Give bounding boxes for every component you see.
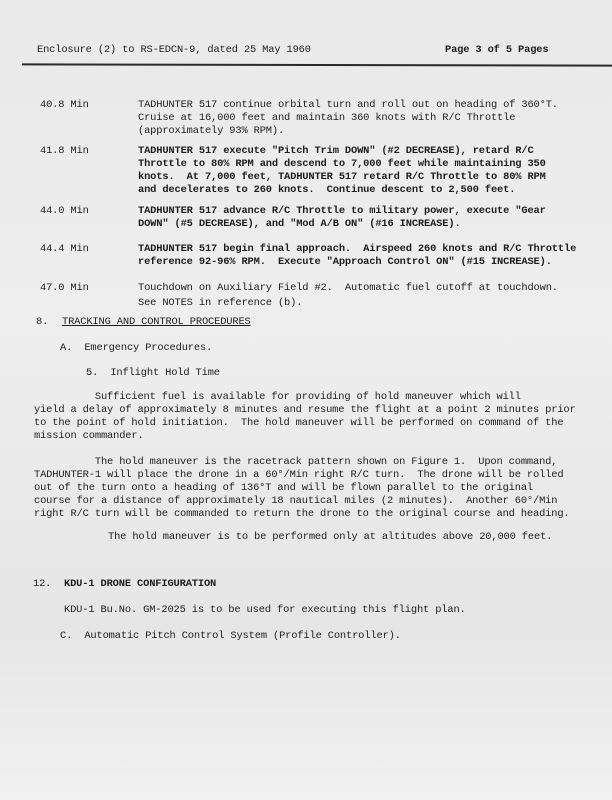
paragraph-line: TADHUNTER-1 will place the drone in a 60… (34, 469, 563, 482)
timeline-line: TADHUNTER 517 continue orbital turn and … (138, 99, 558, 112)
paragraph-line: right R/C turn will be commanded to retu… (34, 508, 570, 521)
paragraph-line: The hold maneuver is the racetrack patte… (34, 456, 557, 469)
subsection-heading: A. Emergency Procedures. (60, 342, 212, 355)
timeline-line: and decelerates to 260 knots. Continue d… (138, 184, 515, 197)
paragraph-line: course for a distance of approximately 1… (34, 495, 557, 508)
timeline-time: 47.0 Min (40, 282, 89, 295)
timeline-line: TADHUNTER 517 execute "Pitch Trim DOWN" … (138, 145, 534, 158)
timeline-time: 40.8 Min (40, 99, 89, 112)
timeline-line: DOWN" (#5 DECREASE), and "Mod A/B ON" (#… (138, 218, 461, 231)
section-number: 12. (33, 578, 51, 591)
timeline-line: reference 92-96% RPM. Execute "Approach … (138, 256, 552, 269)
subsection-heading: C. Automatic Pitch Control System (Profi… (60, 630, 401, 643)
paragraph-line: yield a delay of approximately 8 minutes… (34, 404, 576, 417)
timeline-line: See NOTES in reference (b). (138, 297, 302, 310)
enclosure-reference: Enclosure (2) to RS-EDCN-9, dated 25 May… (37, 44, 311, 57)
paragraph-line: out of the turn onto a heading of 136°T … (34, 482, 533, 495)
subsection-heading: 5. Inflight Hold Time (86, 367, 220, 380)
section-title: KDU-1 DRONE CONFIGURATION (64, 578, 216, 591)
timeline-time: 41.8 Min (40, 145, 89, 158)
timeline-time: 44.0 Min (40, 205, 89, 218)
timeline-line: TADHUNTER 517 begin final approach. Airs… (138, 243, 576, 256)
section-number: 8. (36, 316, 48, 329)
timeline-line: Touchdown on Auxiliary Field #2. Automat… (138, 282, 558, 295)
document-page: Enclosure (2) to RS-EDCN-9, dated 25 May… (0, 0, 612, 800)
timeline-line: (approximately 93% RPM). (138, 125, 284, 138)
timeline-line: Cruise at 16,000 feet and maintain 360 k… (138, 112, 515, 125)
header-rule (22, 63, 612, 66)
paragraph-line: Sufficient fuel is available for providi… (34, 391, 521, 404)
paragraph-line: The hold maneuver is to be performed onl… (108, 531, 552, 544)
timeline-time: 44.4 Min (40, 243, 89, 256)
timeline-line: Throttle to 80% RPM and descend to 7,000… (138, 158, 546, 171)
timeline-line: TADHUNTER 517 advance R/C Throttle to mi… (138, 205, 546, 218)
paragraph-line: mission commander. (34, 430, 144, 443)
page-number: Page 3 of 5 Pages (445, 44, 548, 57)
timeline-line: knots. At 7,000 feet, TADHUNTER 517 reta… (138, 171, 546, 184)
section-title: TRACKING AND CONTROL PROCEDURES (62, 316, 251, 329)
paragraph-line: to the point of hold initiation. The hol… (34, 417, 563, 430)
paragraph-line: KDU-1 Bu.No. GM-2025 is to be used for e… (64, 604, 466, 617)
